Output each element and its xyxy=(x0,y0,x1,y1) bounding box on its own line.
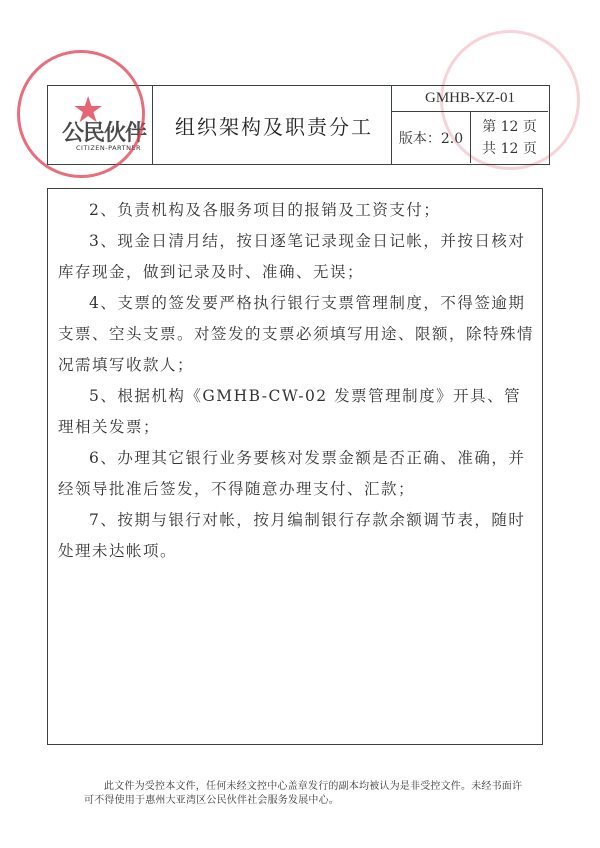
paragraph-item: 3、现金日清月结，按日逐笔记录现金日记帐，并按日核对库存现金，做到记录及时、准确… xyxy=(58,226,534,288)
official-seal-stamp: ★ xyxy=(17,50,145,178)
footer-notice-text: 此文件为受控本文件，任何未经文控中心盖章发行的副本均被认为是非受控文件。未经书面… xyxy=(84,780,524,808)
paragraph-item: 5、根据机构《GMHB-CW-02 发票管理制度》开具、管理相关发票； xyxy=(58,381,534,443)
stamp-star-icon: ★ xyxy=(72,93,104,129)
page-total: 共 12 页 xyxy=(482,138,537,160)
content-body: 2、负责机构及各服务项目的报销及工资支付； 3、现金日清月结，按日逐笔记录现金日… xyxy=(58,195,534,567)
paragraph-item: 4、支票的签发要严格执行银行支票管理制度，不得签逾期支票、空头支票。对签发的支票… xyxy=(58,288,534,381)
content-box: 2、负责机构及各服务项目的报销及工资支付； 3、现金日清月结，按日逐笔记录现金日… xyxy=(47,188,543,745)
page-current: 第 12 页 xyxy=(482,116,537,138)
paragraph-item: 2、负责机构及各服务项目的报销及工资支付； xyxy=(58,195,534,226)
footer-notice: 此文件为受控本文件，任何未经文控中心盖章发行的副本均被认为是非受控文件。未经书面… xyxy=(84,780,524,808)
document-version: 版本：2.0 xyxy=(392,112,471,163)
document-code: GMHB-XZ-01 xyxy=(392,86,548,112)
document-title: 组织架构及职责分工 xyxy=(153,86,392,164)
paragraph-item: 6、办理其它银行业务要核对发票金额是否正确、准确，并经领导批准后签发，不得随意办… xyxy=(58,443,534,505)
page-info: 第 12 页 共 12 页 xyxy=(471,112,548,163)
paragraph-item: 7、按期与银行对帐，按月编制银行存款余额调节表，随时处理未达帐项。 xyxy=(58,505,534,567)
